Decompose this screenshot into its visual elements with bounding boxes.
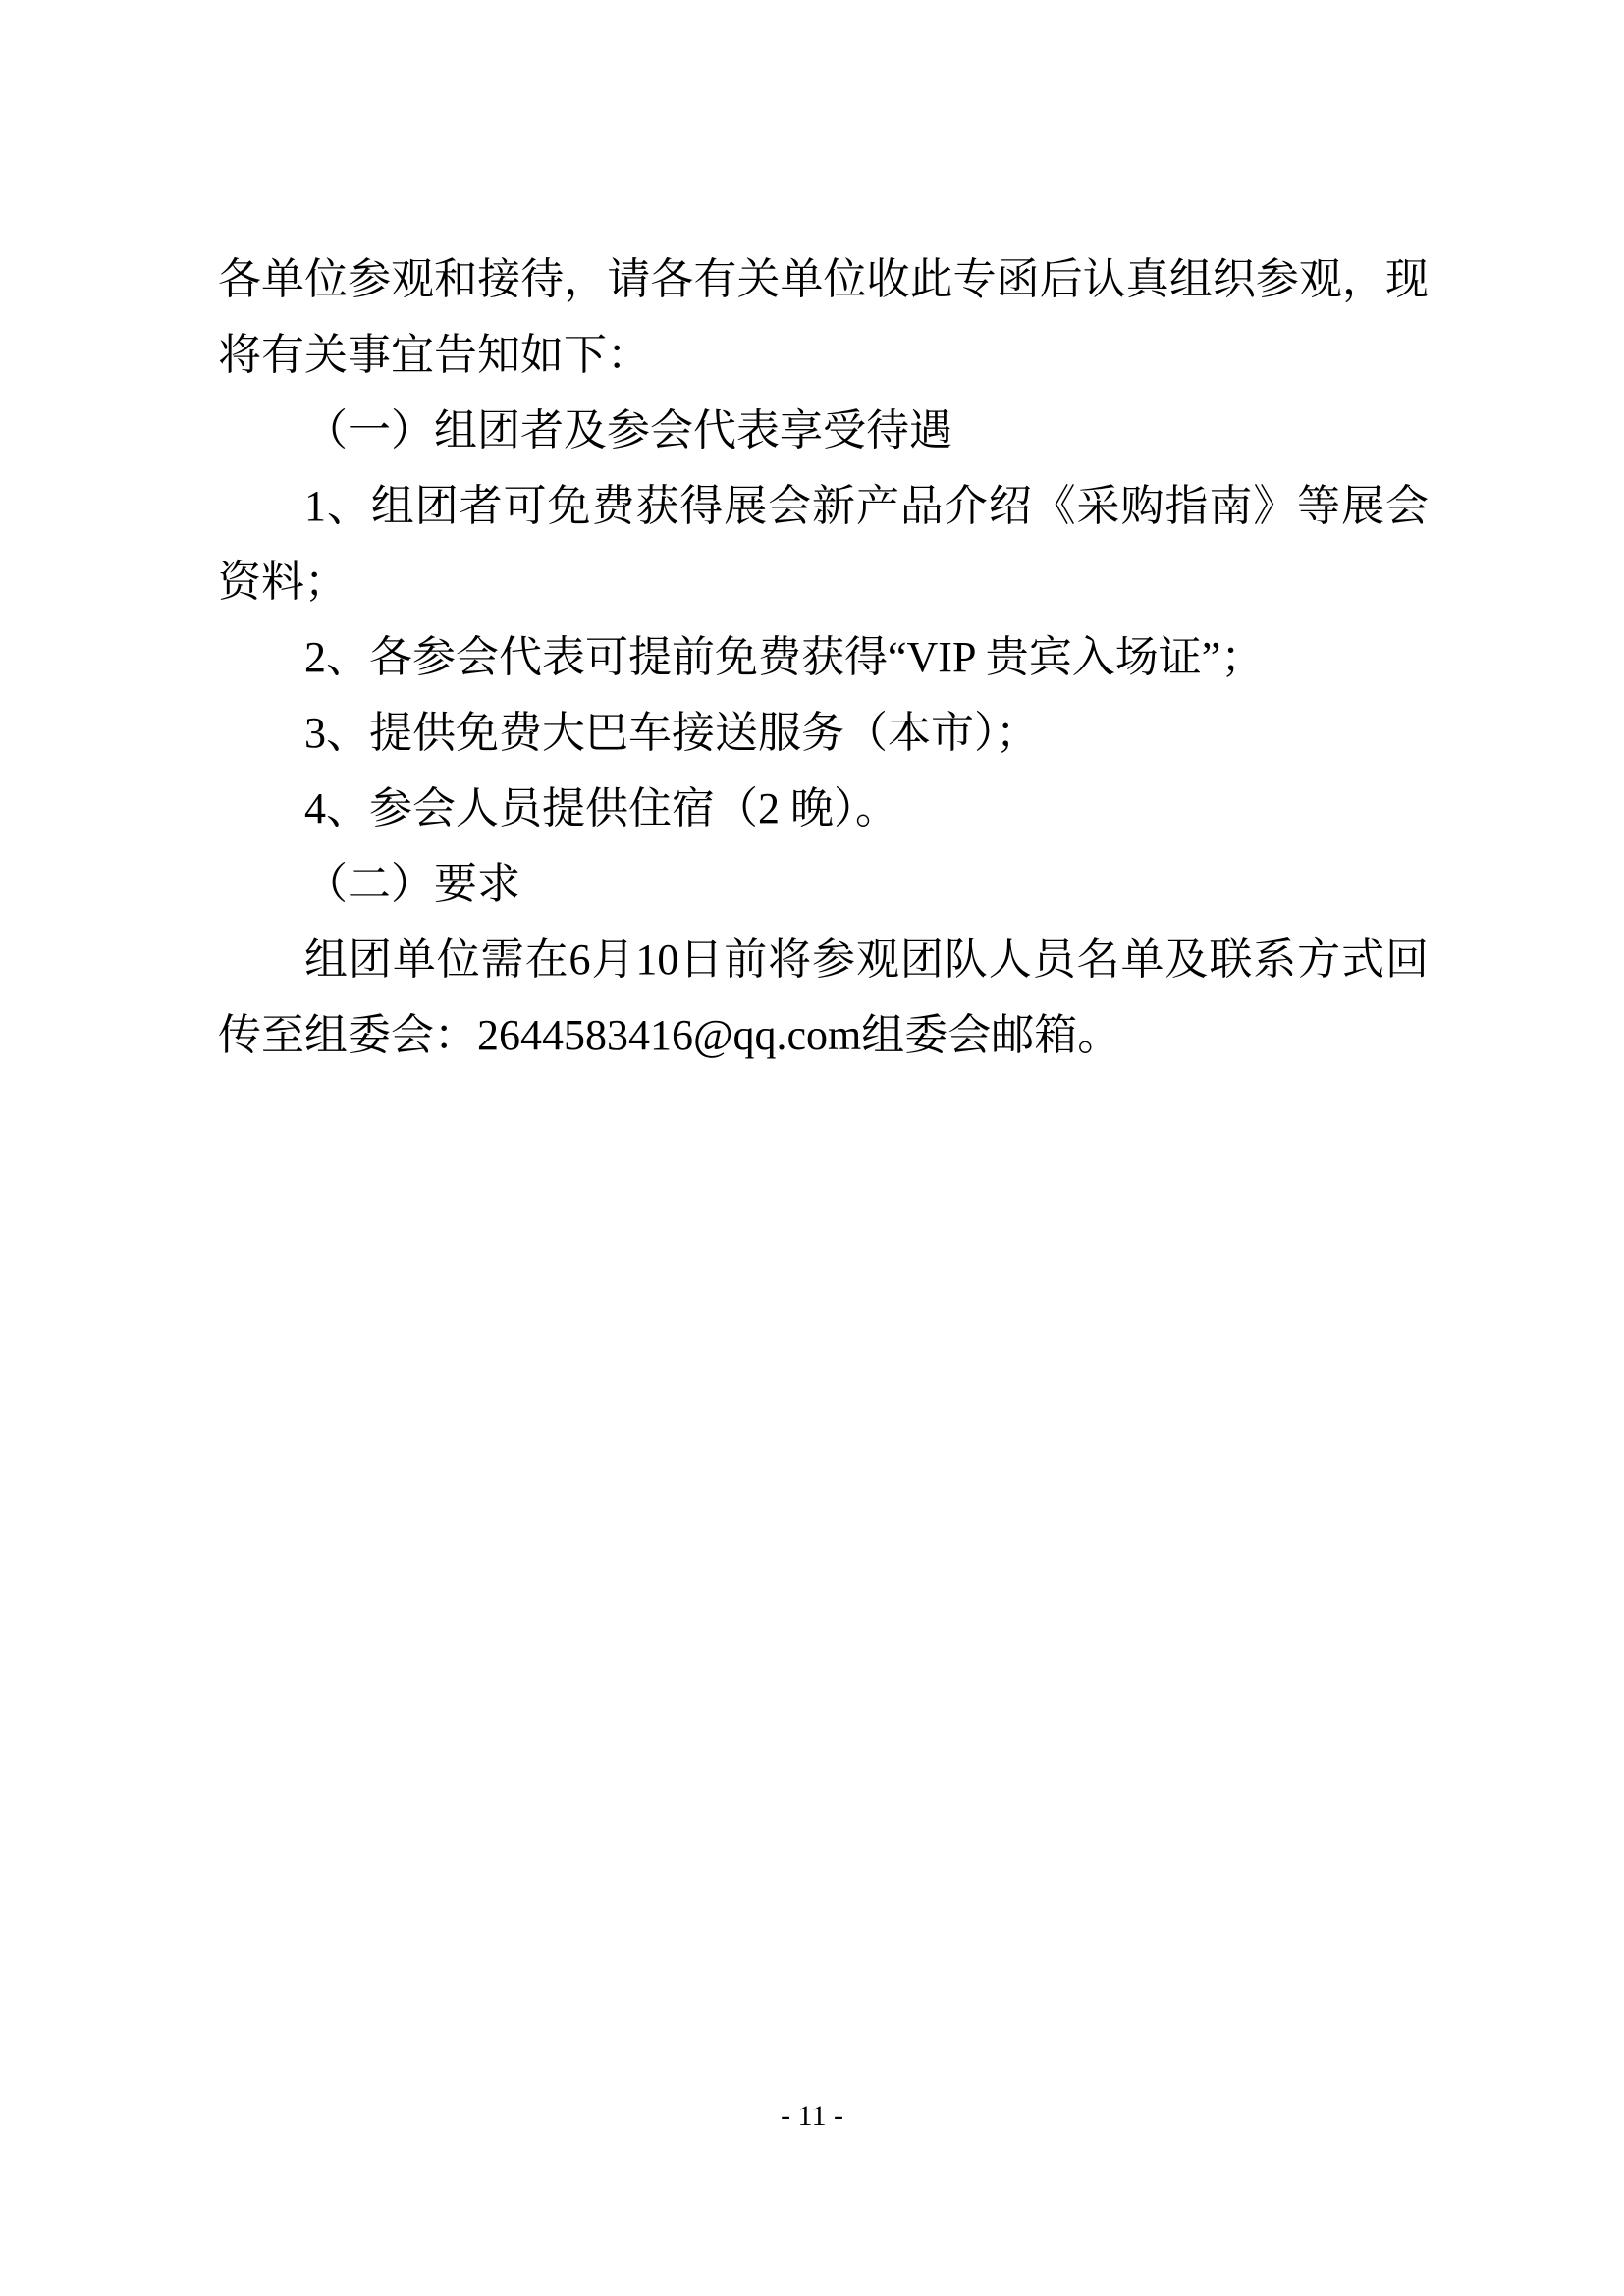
list-item-3: 3、提供免费大巴车接送服务（本市）； <box>218 695 1429 771</box>
email-address: 2644583416@qq.com <box>477 1011 861 1059</box>
paragraph-intro-line-2: 将有关事宜告知如下： <box>218 317 1429 393</box>
document-body: 各单位参观和接待，请各有关单位收此专函后认真组织参观，现 将有关事宜告知如下： … <box>218 241 1429 1073</box>
section-heading-requirements: （二）要求 <box>218 846 1429 922</box>
paragraph-requirements-line-1: 组团单位需在6月10日前将参观团队人员名单及联系方式回 <box>218 922 1429 997</box>
list-item-1-line-1: 1、组团者可免费获得展会新产品介绍《采购指南》等展会 <box>218 468 1429 544</box>
document-page: 各单位参观和接待，请各有关单位收此专函后认真组织参观，现 将有关事宜告知如下： … <box>0 0 1624 2296</box>
contact-prefix-text: 传至组委会： <box>218 1011 477 1059</box>
paragraph-requirements-line-2: 传至组委会：2644583416@qq.com组委会邮箱。 <box>218 997 1429 1073</box>
list-item-1-line-2: 资料； <box>218 544 1429 619</box>
section-heading-benefits: （一）组团者及参会代表享受待遇 <box>218 393 1429 468</box>
contact-suffix-text: 组委会邮箱。 <box>861 1011 1120 1059</box>
paragraph-intro-line-1: 各单位参观和接待，请各有关单位收此专函后认真组织参观，现 <box>218 241 1429 317</box>
list-item-2: 2、各参会代表可提前免费获得“VIP 贵宾入场证”； <box>218 619 1429 695</box>
list-item-4: 4、参会人员提供住宿（2 晚）。 <box>218 771 1429 846</box>
page-number: - 11 - <box>0 2099 1624 2134</box>
